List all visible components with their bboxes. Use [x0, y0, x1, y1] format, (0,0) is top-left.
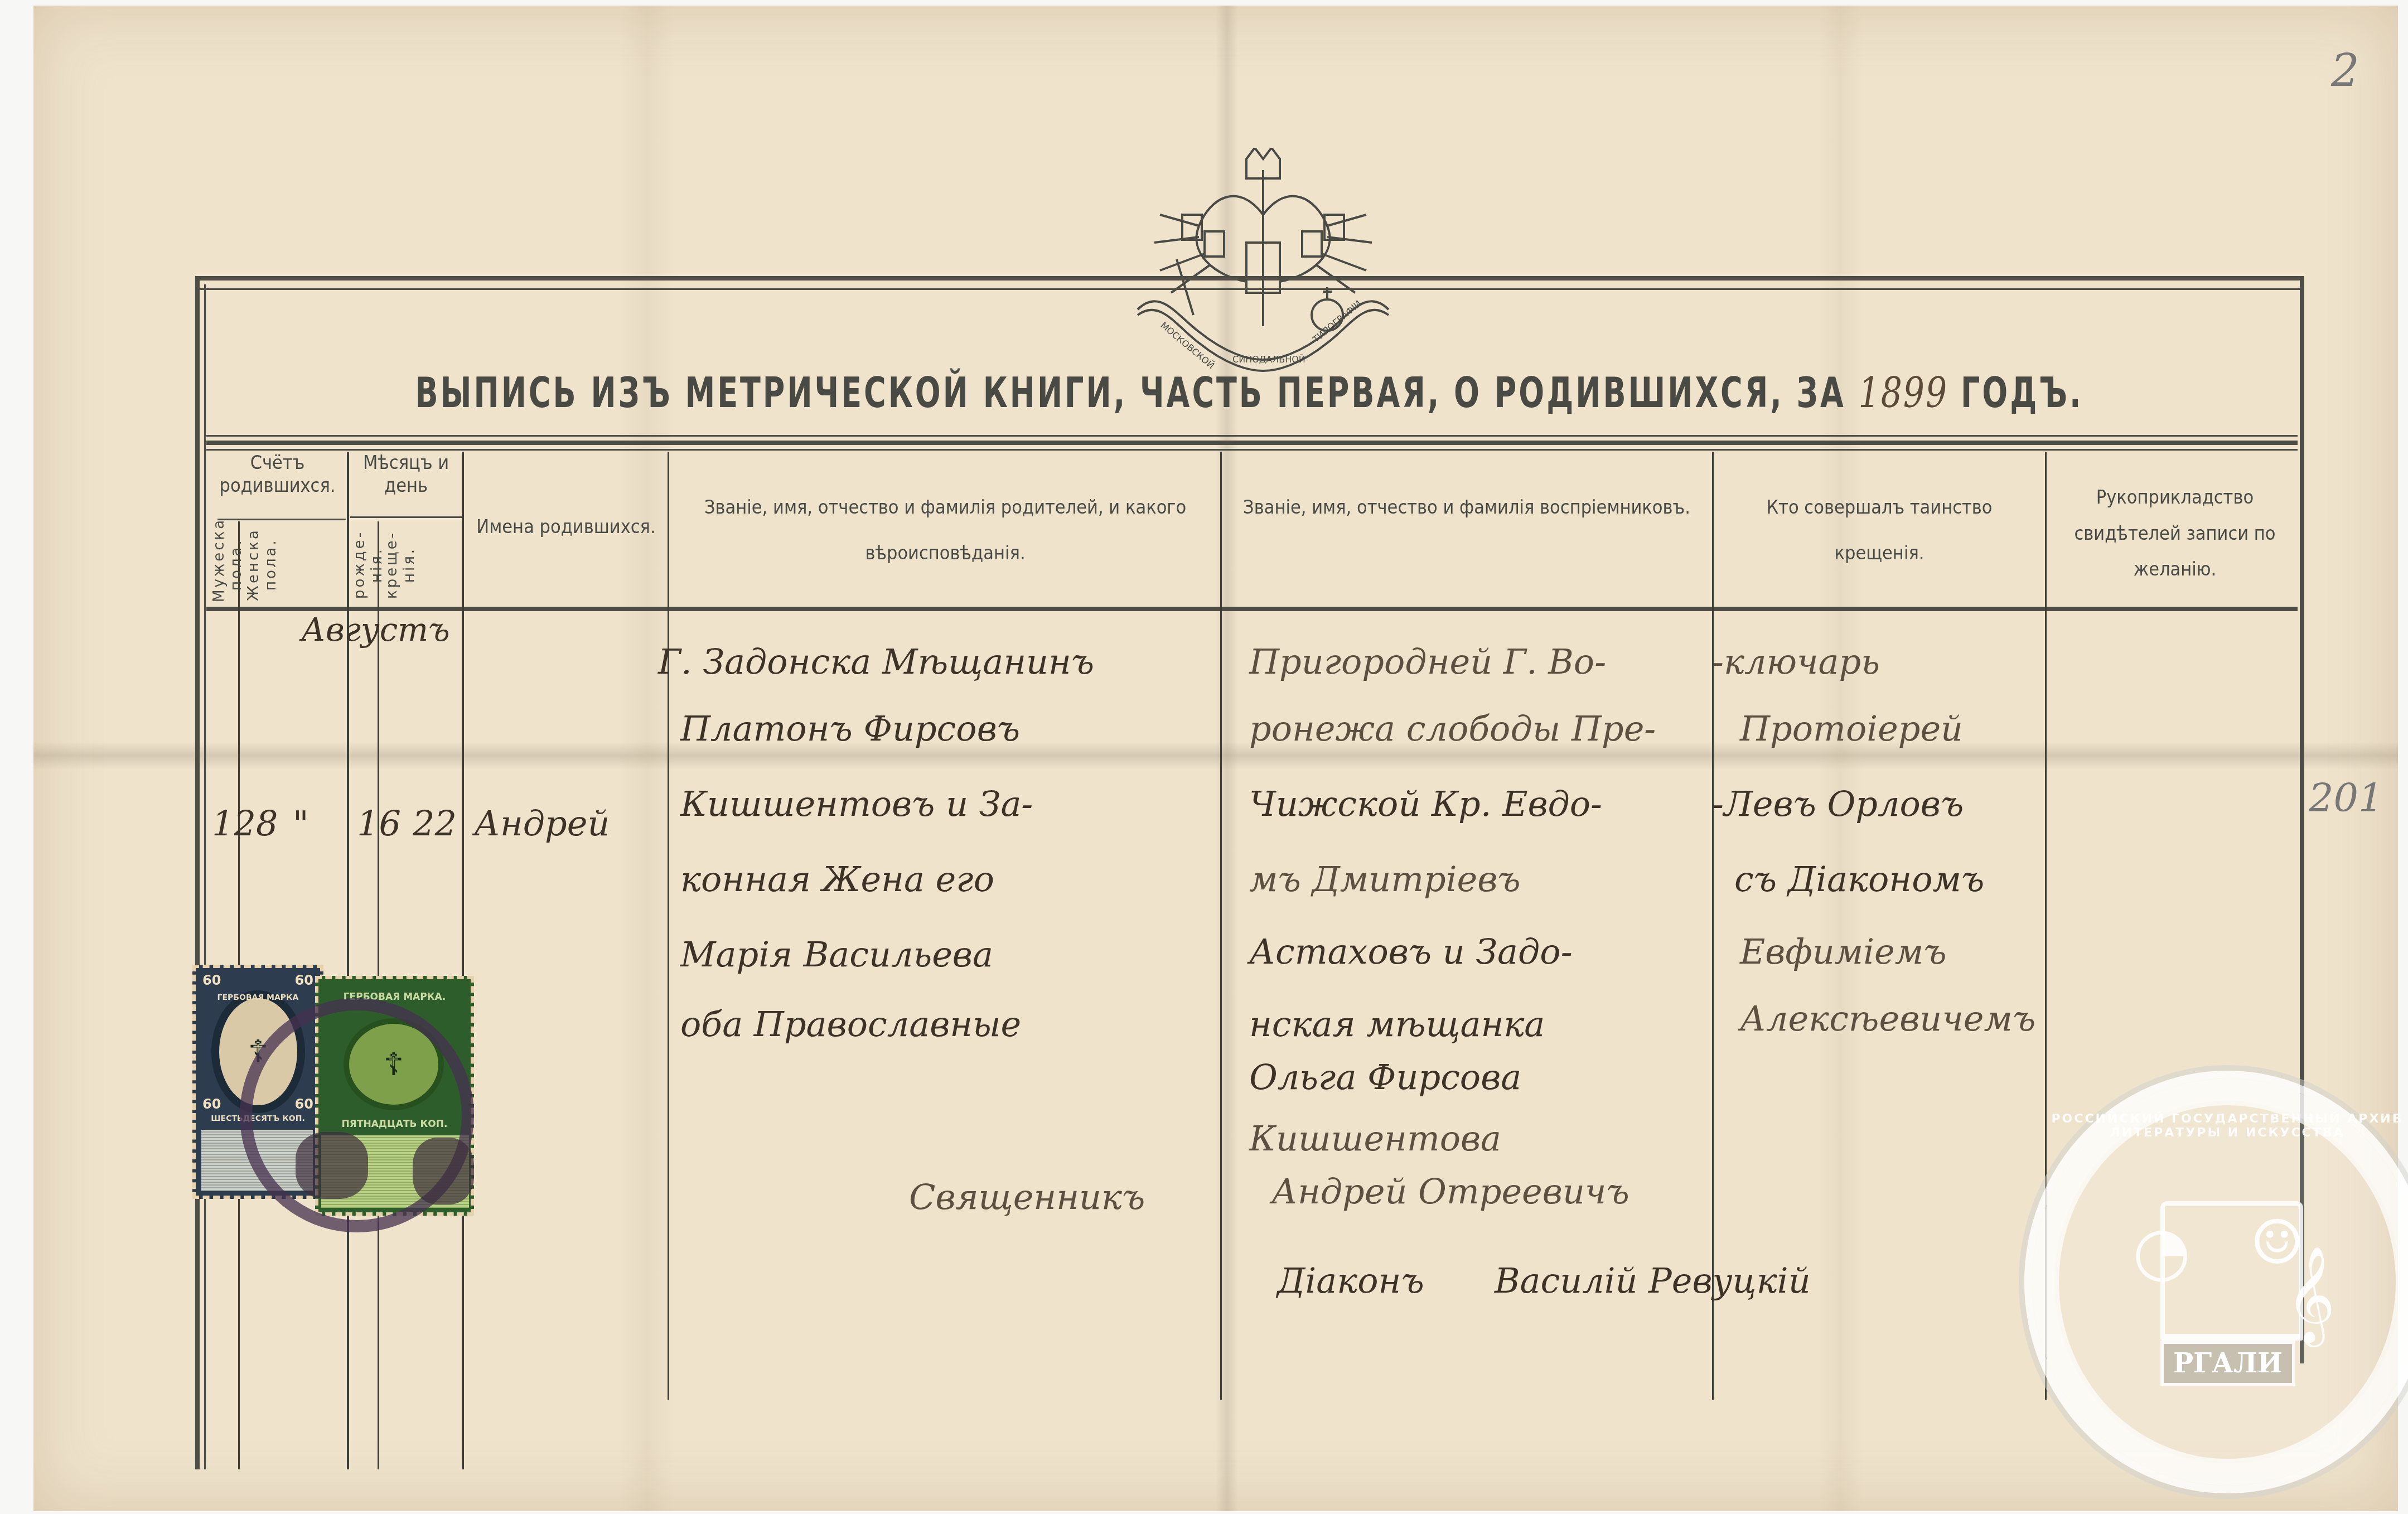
- header-rule-thin: [206, 435, 2298, 437]
- document-sheet: 2 МОСКОВСКОЙ СИНОДАЛЬНОЙ ТИПОГРАФІИ. ВЫП…: [33, 6, 2398, 1511]
- svg-text:МОСКОВСКОЙ: МОСКОВСКОЙ: [1158, 320, 1216, 371]
- signature-priest-name: Андрей Отреевичъ: [1271, 1171, 1629, 1212]
- officiant-line: -Левъ Орловъ: [1712, 783, 1964, 824]
- header-rule-thick: [206, 441, 2298, 445]
- frame-left-inner-rule: [204, 284, 206, 1469]
- ink-blot: [296, 1132, 368, 1199]
- year-handwritten: 1899: [1858, 369, 1948, 418]
- col-header-count: Счётъ родившихся.: [206, 452, 349, 497]
- col-subheader-birth: рожде-нія.: [351, 527, 376, 602]
- parents-line: конная Жена его: [680, 859, 994, 899]
- parents-line: Г. Задонска Мѣщанинъ: [658, 641, 1094, 682]
- godparents-line: мъ Дмитріевъ: [1249, 859, 1521, 899]
- page-number: 2: [2331, 45, 2359, 96]
- col-header-names: Имена родившихся.: [466, 516, 666, 539]
- col-line: [668, 452, 669, 1400]
- double-headed-eagle-icon: МОСКОВСКОЙ СИНОДАЛЬНОЙ ТИПОГРАФІИ.: [1126, 148, 1400, 376]
- col-header-godparents: Званіе, имя, отчество и фамилія воспріем…: [1232, 485, 1701, 531]
- godparents-line: Чижской Кр. Евдо-: [1249, 783, 1602, 824]
- godparents-line: нская мѣщанка: [1249, 1004, 1545, 1044]
- signature-deacon-name: Василій Ревуцкій: [1495, 1260, 1811, 1301]
- col-header-parents: Званіе, имя, отчество и фамилія родителе…: [680, 485, 1210, 576]
- subheader-rule: [350, 516, 462, 518]
- subheader-rule: [217, 519, 346, 520]
- entry-month: Августъ: [301, 611, 450, 649]
- parents-line: Кишшентовъ и За-: [680, 783, 1033, 824]
- frame-top-rule: [195, 276, 2303, 290]
- officiant-line: Евфиміемъ: [1740, 931, 1946, 972]
- frame-left-rule: [195, 276, 200, 1469]
- officiant-line: Алексѣевичемъ: [1740, 998, 2035, 1039]
- entry-birth-day: 16: [357, 803, 401, 844]
- archive-watermark-seal: РОССИЙСКИЙ ГОСУДАРСТВЕННЫЙ АРХИВ ЛИТЕРАТ…: [2024, 1071, 2408, 1493]
- godparents-line: Кишшентова: [1249, 1118, 1501, 1159]
- archive-abbreviation: РГАЛИ: [2160, 1341, 2295, 1386]
- col-header-witnesses: Рукоприкладство свидѣтелей записи по жел…: [2052, 480, 2298, 588]
- palette-icon: ◔: [2133, 1212, 2191, 1290]
- col-subheader-male: Мужеска пола.: [211, 527, 236, 602]
- col-line: [462, 452, 464, 1469]
- godparents-line: Пригородней Г. Во-: [1249, 641, 1606, 682]
- col-line: [1712, 452, 1714, 1400]
- parents-line: Марія Васильева: [680, 934, 993, 975]
- godparents-line: Ольга Фирсова: [1249, 1057, 1521, 1097]
- parents-line: оба Православные: [680, 1004, 1021, 1044]
- officiant-line: -ключарь: [1712, 641, 1880, 682]
- col-subheader-baptism: креще-нія.: [384, 527, 409, 602]
- signature-priest-role: Священникъ: [909, 1177, 1145, 1217]
- entry-name: Андрей: [474, 803, 610, 844]
- margin-note: 201: [2309, 775, 2383, 821]
- col-subheader-female: Женска пола.: [245, 527, 270, 602]
- header-rule-thin: [206, 449, 2298, 451]
- col-header-month-day: Мѣсяцъ и день: [350, 452, 462, 497]
- entry-male-count: 128: [212, 803, 278, 844]
- officiant-line: съ Діакономъ: [1734, 859, 1984, 899]
- entry-female-count: ": [293, 803, 309, 844]
- parents-line: Платонъ Фирсовъ: [680, 708, 1020, 749]
- header-bottom-rule: [206, 607, 2298, 611]
- ink-blot: [413, 1138, 474, 1205]
- svg-text:СИНОДАЛЬНОЙ: СИНОДАЛЬНОЙ: [1232, 354, 1305, 365]
- document-title: ВЫПИСЬ ИЗЪ МЕТРИЧЕСКОЙ КНИГИ, ЧАСТЬ ПЕРВ…: [201, 369, 2298, 418]
- officiant-line: Протоіерей: [1740, 708, 1963, 749]
- col-line: [347, 452, 349, 1469]
- col-line: [1220, 452, 1222, 1400]
- col-header-officiant: Кто совершалъ таинство крещенія.: [1723, 485, 2035, 576]
- godparents-line: ронежа слободы Пре-: [1249, 708, 1656, 749]
- signature-deacon-role: Діаконъ: [1277, 1260, 1424, 1301]
- godparents-line: Астаховъ и Задо-: [1249, 931, 1573, 972]
- entry-baptism-day: 22: [413, 803, 457, 844]
- treble-clef-icon: 𝄞: [2286, 1246, 2336, 1344]
